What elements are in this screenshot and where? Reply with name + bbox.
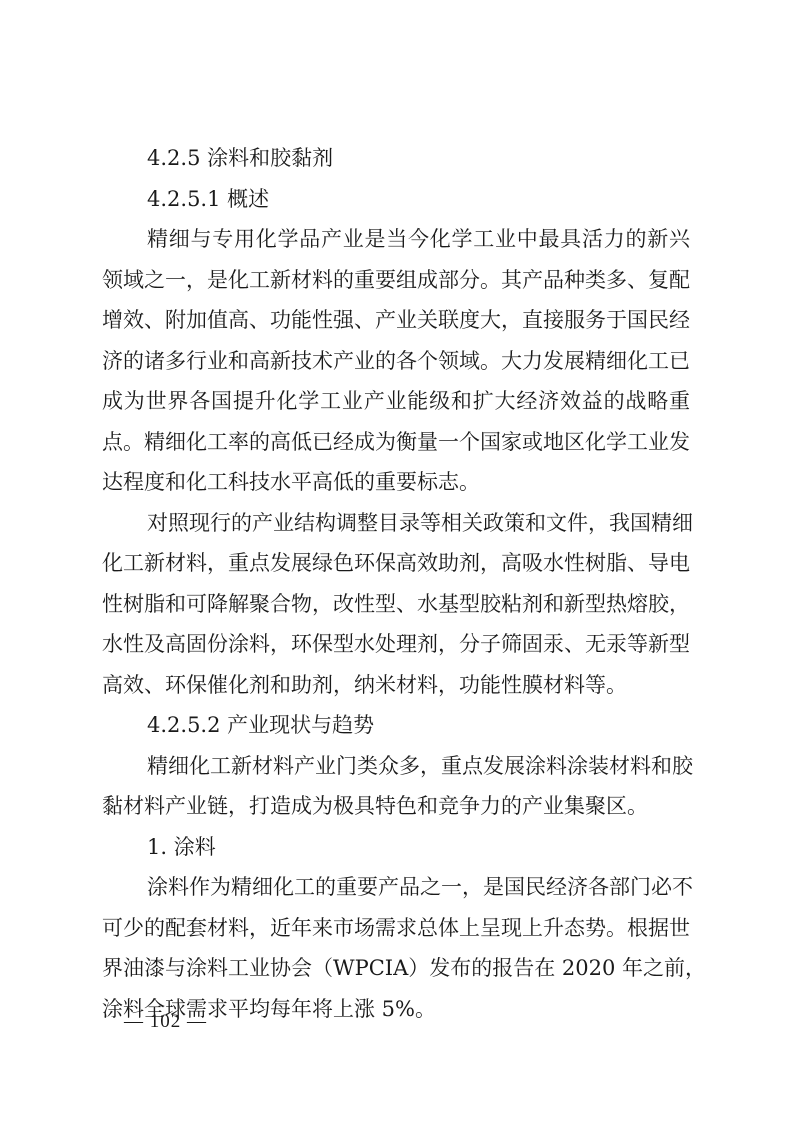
paragraph-overview: 精细与专用化学品产业是当今化学工业中最具活力的新兴 领域之一，是化工新材料的重要… [102, 219, 690, 503]
subsection-heading-overview: 4.2.5.1 概述 [102, 179, 690, 220]
document-page: 4.2.5 涂料和胶黏剂 4.2.5.1 概述 精细与专用化学品产业是当今化学工… [102, 138, 690, 1029]
paragraph-line: 涂料作为精细化工的重要产品之一，是国民经济各部门必不 [102, 867, 690, 908]
paragraph-line: 可少的配套材料，近年来市场需求总体上呈现上升态势。根据世 [102, 908, 690, 949]
paragraph-line: 界油漆与涂料工业协会（WPCIA）发布的报告在 2020 年之前， [102, 948, 690, 989]
paragraph-line: 黏材料产业链，打造成为极具特色和竞争力的产业集聚区。 [102, 786, 690, 827]
subsection-heading-status: 4.2.5.2 产业现状与趋势 [102, 705, 690, 746]
paragraph-line: 水性及高固份涂料，环保型水处理剂，分子筛固汞、无汞等新型 [102, 624, 690, 665]
paragraph-line: 点。精细化工率的高低已经成为衡量一个国家或地区化学工业发 [102, 422, 690, 463]
page-number: — 102 — [124, 1011, 207, 1033]
paragraph-line: 精细化工新材料产业门类众多，重点发展涂料涂装材料和胶 [102, 746, 690, 787]
paragraph-line: 化工新材料，重点发展绿色环保高效助剂，高吸水性树脂、导电 [102, 543, 690, 584]
paragraph-line: 高效、环保催化剂和助剂，纳米材料，功能性膜材料等。 [102, 665, 690, 706]
item-heading-coatings: 1. 涂料 [102, 827, 690, 868]
paragraph-line: 达程度和化工科技水平高低的重要标志。 [102, 462, 690, 503]
paragraph-line: 对照现行的产业结构调整目录等相关政策和文件，我国精细 [102, 503, 690, 544]
paragraph-line: 增效、附加值高、功能性强、产业关联度大，直接服务于国民经 [102, 300, 690, 341]
paragraph-line: 精细与专用化学品产业是当今化学工业中最具活力的新兴 [102, 219, 690, 260]
paragraph-line: 成为世界各国提升化学工业产业能级和扩大经济效益的战略重 [102, 381, 690, 422]
paragraph-line: 性树脂和可降解聚合物，改性型、水基型胶粘剂和新型热熔胶， [102, 584, 690, 625]
section-heading: 4.2.5 涂料和胶黏剂 [102, 138, 690, 179]
paragraph-policy: 对照现行的产业结构调整目录等相关政策和文件，我国精细 化工新材料，重点发展绿色环… [102, 503, 690, 706]
paragraph-line: 领域之一，是化工新材料的重要组成部分。其产品种类多、复配 [102, 260, 690, 301]
paragraph-coatings: 涂料作为精细化工的重要产品之一，是国民经济各部门必不 可少的配套材料，近年来市场… [102, 867, 690, 1029]
paragraph-line: 济的诸多行业和高新技术产业的各个领域。大力发展精细化工已 [102, 341, 690, 382]
paragraph-industry: 精细化工新材料产业门类众多，重点发展涂料涂装材料和胶 黏材料产业链，打造成为极具… [102, 746, 690, 827]
